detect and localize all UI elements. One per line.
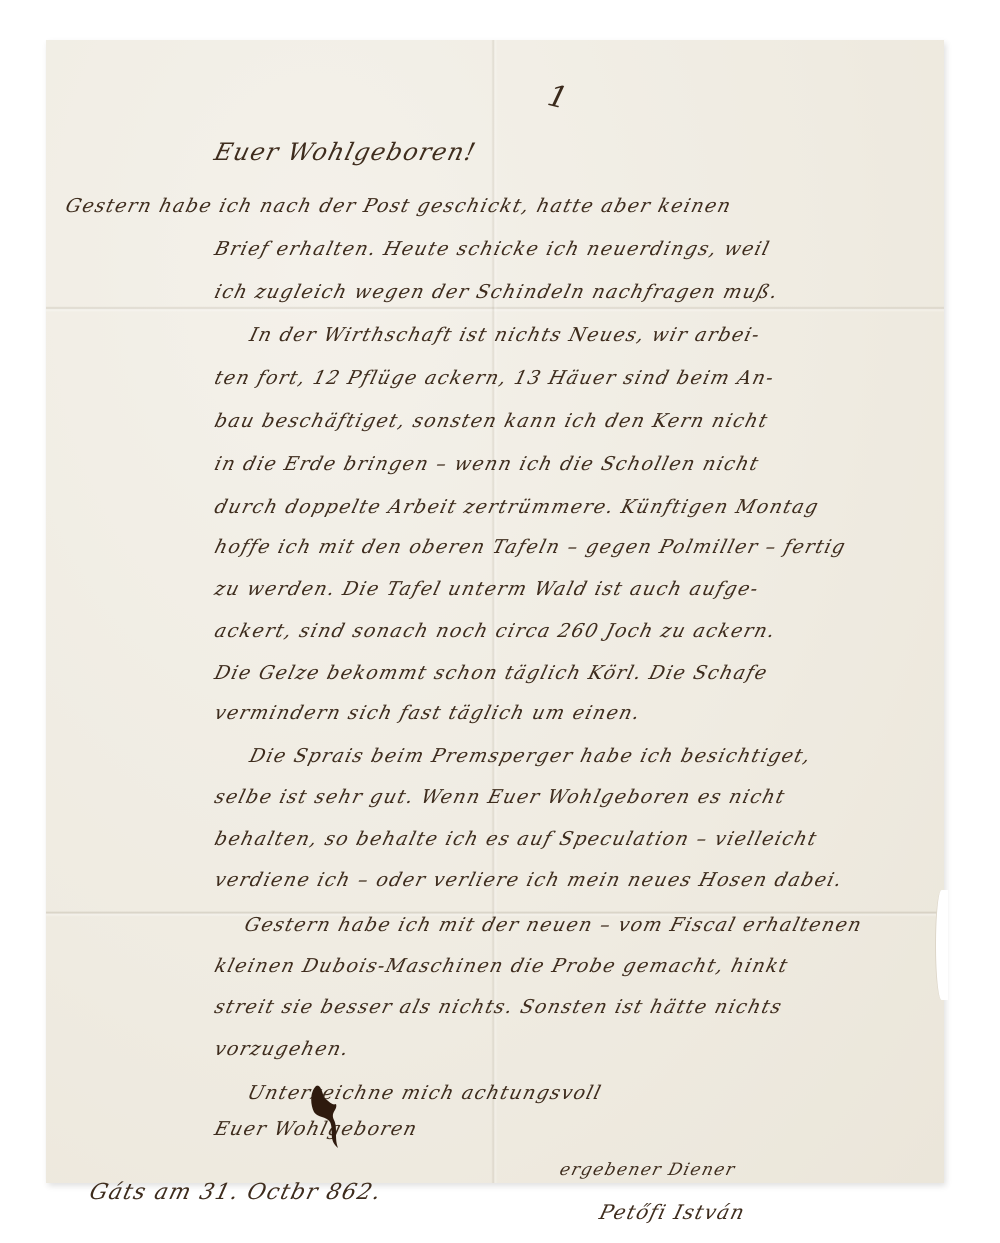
body-line: ich zugleich wegen der Schindeln nachfra…	[212, 281, 781, 303]
salutation: Euer Wohlgeboren!	[212, 138, 480, 166]
body-line: vorzugehen.	[212, 1038, 352, 1060]
body-line: durch doppelte Arbeit zertrümmere. Künft…	[212, 496, 821, 518]
closing-line: Unterzeichne mich achtungsvoll	[245, 1082, 604, 1104]
body-line: kleinen Dubois-Maschinen die Probe gemac…	[212, 955, 791, 977]
body-line: ten fort, 12 Pflüge ackern, 13 Häuer sin…	[212, 367, 777, 389]
body-line: Gestern habe ich nach der Post geschickt…	[63, 195, 734, 217]
body-line: streit sie besser als nichts. Sonsten is…	[212, 996, 785, 1018]
ink-blot-icon	[308, 1082, 348, 1152]
body-line: verdiene ich – oder verliere ich mein ne…	[212, 869, 845, 891]
body-line: Brief erhalten. Heute schicke ich neuerd…	[212, 238, 772, 260]
body-line: in die Erde bringen – wenn ich die Schol…	[212, 453, 762, 475]
body-line: ackert, sind sonach noch circa 260 Joch …	[212, 620, 778, 642]
body-line: vermindern sich fast täglich um einen.	[212, 702, 643, 724]
body-line: zu werden. Die Tafel unterm Wald ist auc…	[212, 578, 761, 600]
place-date: Gáts am 31. Octbr 862.	[87, 1180, 385, 1205]
torn-edge	[935, 890, 948, 1000]
body-line: Gestern habe ich mit der neuen – vom Fis…	[242, 914, 864, 936]
body-line: selbe ist sehr gut. Wenn Euer Wohlgebore…	[212, 786, 788, 808]
body-line: Die Gelze bekommt schon täglich Körl. Di…	[212, 662, 770, 684]
body-line: bau beschäftiget, sonsten kann ich den K…	[212, 410, 771, 432]
closing-signoff: ergebener Diener	[558, 1160, 738, 1180]
body-line: In der Wirthschaft ist nichts Neues, wir…	[247, 324, 763, 346]
body-line: hoffe ich mit den oberen Tafeln – gegen …	[212, 536, 848, 558]
body-line: Die Sprais beim Premsperger habe ich bes…	[247, 745, 813, 767]
body-line: behalten, so behalte ich es auf Speculat…	[212, 828, 820, 850]
signature: Petőfi István	[597, 1200, 748, 1224]
